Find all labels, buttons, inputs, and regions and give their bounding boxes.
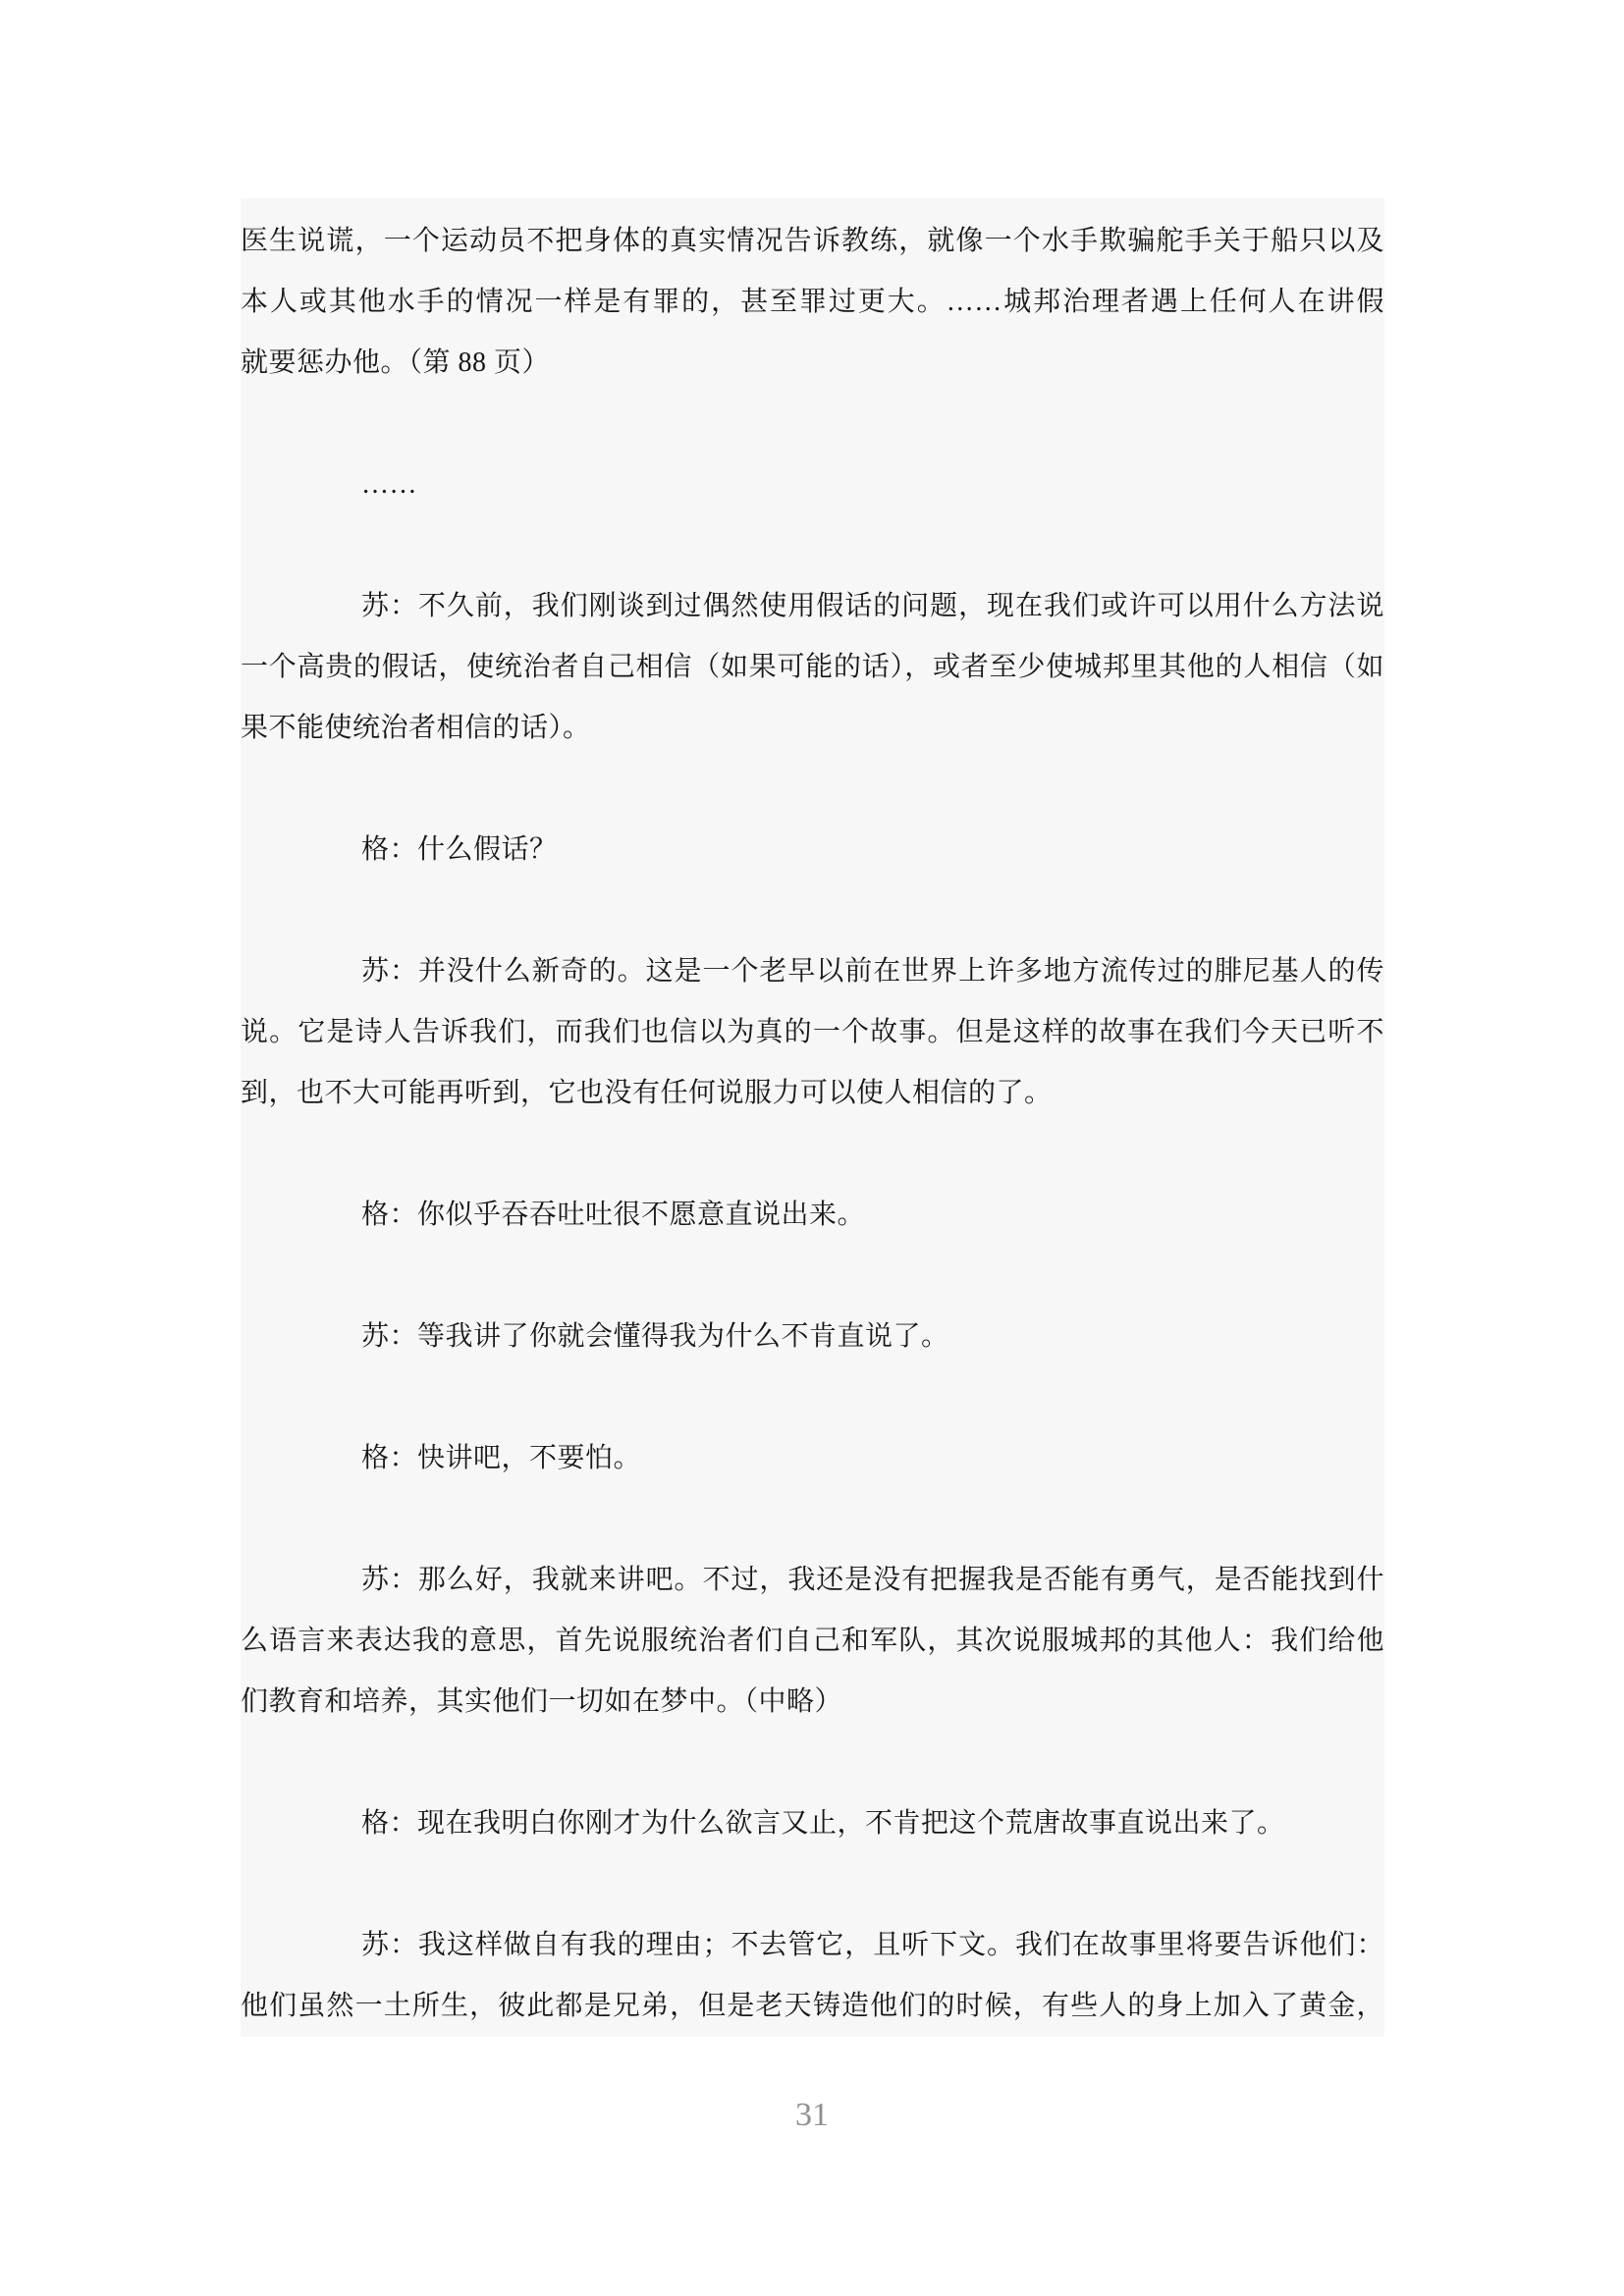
text-line: 么语言来表达我的意思，首先说服统治者们自己和军队，其次说服城邦的其他人：我们给他 <box>241 1611 1384 1672</box>
text-line: …… <box>241 454 1384 515</box>
dialogue-su-5: 苏：我这样做自有我的理由；不去管它，且听下文。我们在故事里将要告诉他们： 他们虽… <box>241 1915 1384 2037</box>
text-line: 格：你似乎吞吞吐吐很不愿意直说出来。 <box>241 1185 1384 1246</box>
text-line: 苏：我这样做自有我的理由；不去管它，且听下文。我们在故事里将要告诉他们： <box>241 1915 1384 1976</box>
text-line: 苏：并没什么新奇的。这是一个老早以前在世界上许多地方流传过的腓尼基人的传 <box>241 941 1384 1002</box>
text-line: 格：什么假话？ <box>241 820 1384 881</box>
text-line: 说。它是诗人告诉我们，而我们也信以为真的一个故事。但是这样的故事在我们今天已听不 <box>241 1002 1384 1063</box>
page-number: 31 <box>0 2085 1624 2146</box>
text-line: 本人或其他水手的情况一样是有罪的，甚至罪过更大。……城邦治理者遇上任何人在讲假话… <box>241 272 1384 333</box>
dialogue-su-1: 苏：不久前，我们刚谈到过偶然使用假话的问题，现在我们或许可以用什么方法说 一个高… <box>241 576 1384 759</box>
ellipsis-separator: …… <box>241 454 1384 515</box>
text-line: 们教育和培养，其实他们一切如在梦中。（中略） <box>241 1672 1384 1733</box>
text-line: 格：现在我明白你刚才为什么欲言又止，不肯把这个荒唐故事直说出来了。 <box>241 1793 1384 1854</box>
text-line: 苏：等我讲了你就会懂得我为什么不肯直说了。 <box>241 1307 1384 1367</box>
dialogue-ge-3: 格：快讲吧，不要怕。 <box>241 1428 1384 1489</box>
text-line: 苏：那么好，我就来讲吧。不过，我还是没有把握我是否能有勇气，是否能找到什 <box>241 1550 1384 1611</box>
text-line: 苏：不久前，我们刚谈到过偶然使用假话的问题，现在我们或许可以用什么方法说 <box>241 576 1384 637</box>
dialogue-su-4: 苏：那么好，我就来讲吧。不过，我还是没有把握我是否能有勇气，是否能找到什 么语言… <box>241 1550 1384 1733</box>
text-line: 到，也不大可能再听到，它也没有任何说服力可以使人相信的了。 <box>241 1063 1384 1124</box>
quote-paragraph: 医生说谎，一个运动员不把身体的真实情况告诉教练，就像一个水手欺骗舵手关于船只以及… <box>241 211 1384 394</box>
text-line: 一个高贵的假话，使统治者自己相信（如果可能的话），或者至少使城邦里其他的人相信（… <box>241 637 1384 698</box>
text-line: 就要惩办他。（第 88 页） <box>241 333 1384 394</box>
dialogue-ge-2: 格：你似乎吞吞吐吐很不愿意直说出来。 <box>241 1185 1384 1246</box>
text-line: 果不能使统治者相信的话）。 <box>241 698 1384 759</box>
text-line: 格：快讲吧，不要怕。 <box>241 1428 1384 1489</box>
highlighted-text-block: 医生说谎，一个运动员不把身体的真实情况告诉教练，就像一个水手欺骗舵手关于船只以及… <box>241 198 1384 2037</box>
dialogue-su-2: 苏：并没什么新奇的。这是一个老早以前在世界上许多地方流传过的腓尼基人的传 说。它… <box>241 941 1384 1124</box>
text-line: 他们虽然一土所生，彼此都是兄弟，但是老天铸造他们的时候，有些人的身上加入了黄金， <box>241 1976 1384 2037</box>
dialogue-ge-4: 格：现在我明白你刚才为什么欲言又止，不肯把这个荒唐故事直说出来了。 <box>241 1793 1384 1854</box>
document-page: 医生说谎，一个运动员不把身体的真实情况告诉教练，就像一个水手欺骗舵手关于船只以及… <box>0 0 1624 2296</box>
dialogue-ge-1: 格：什么假话？ <box>241 820 1384 881</box>
text-line: 医生说谎，一个运动员不把身体的真实情况告诉教练，就像一个水手欺骗舵手关于船只以及 <box>241 211 1384 272</box>
dialogue-su-3: 苏：等我讲了你就会懂得我为什么不肯直说了。 <box>241 1307 1384 1367</box>
